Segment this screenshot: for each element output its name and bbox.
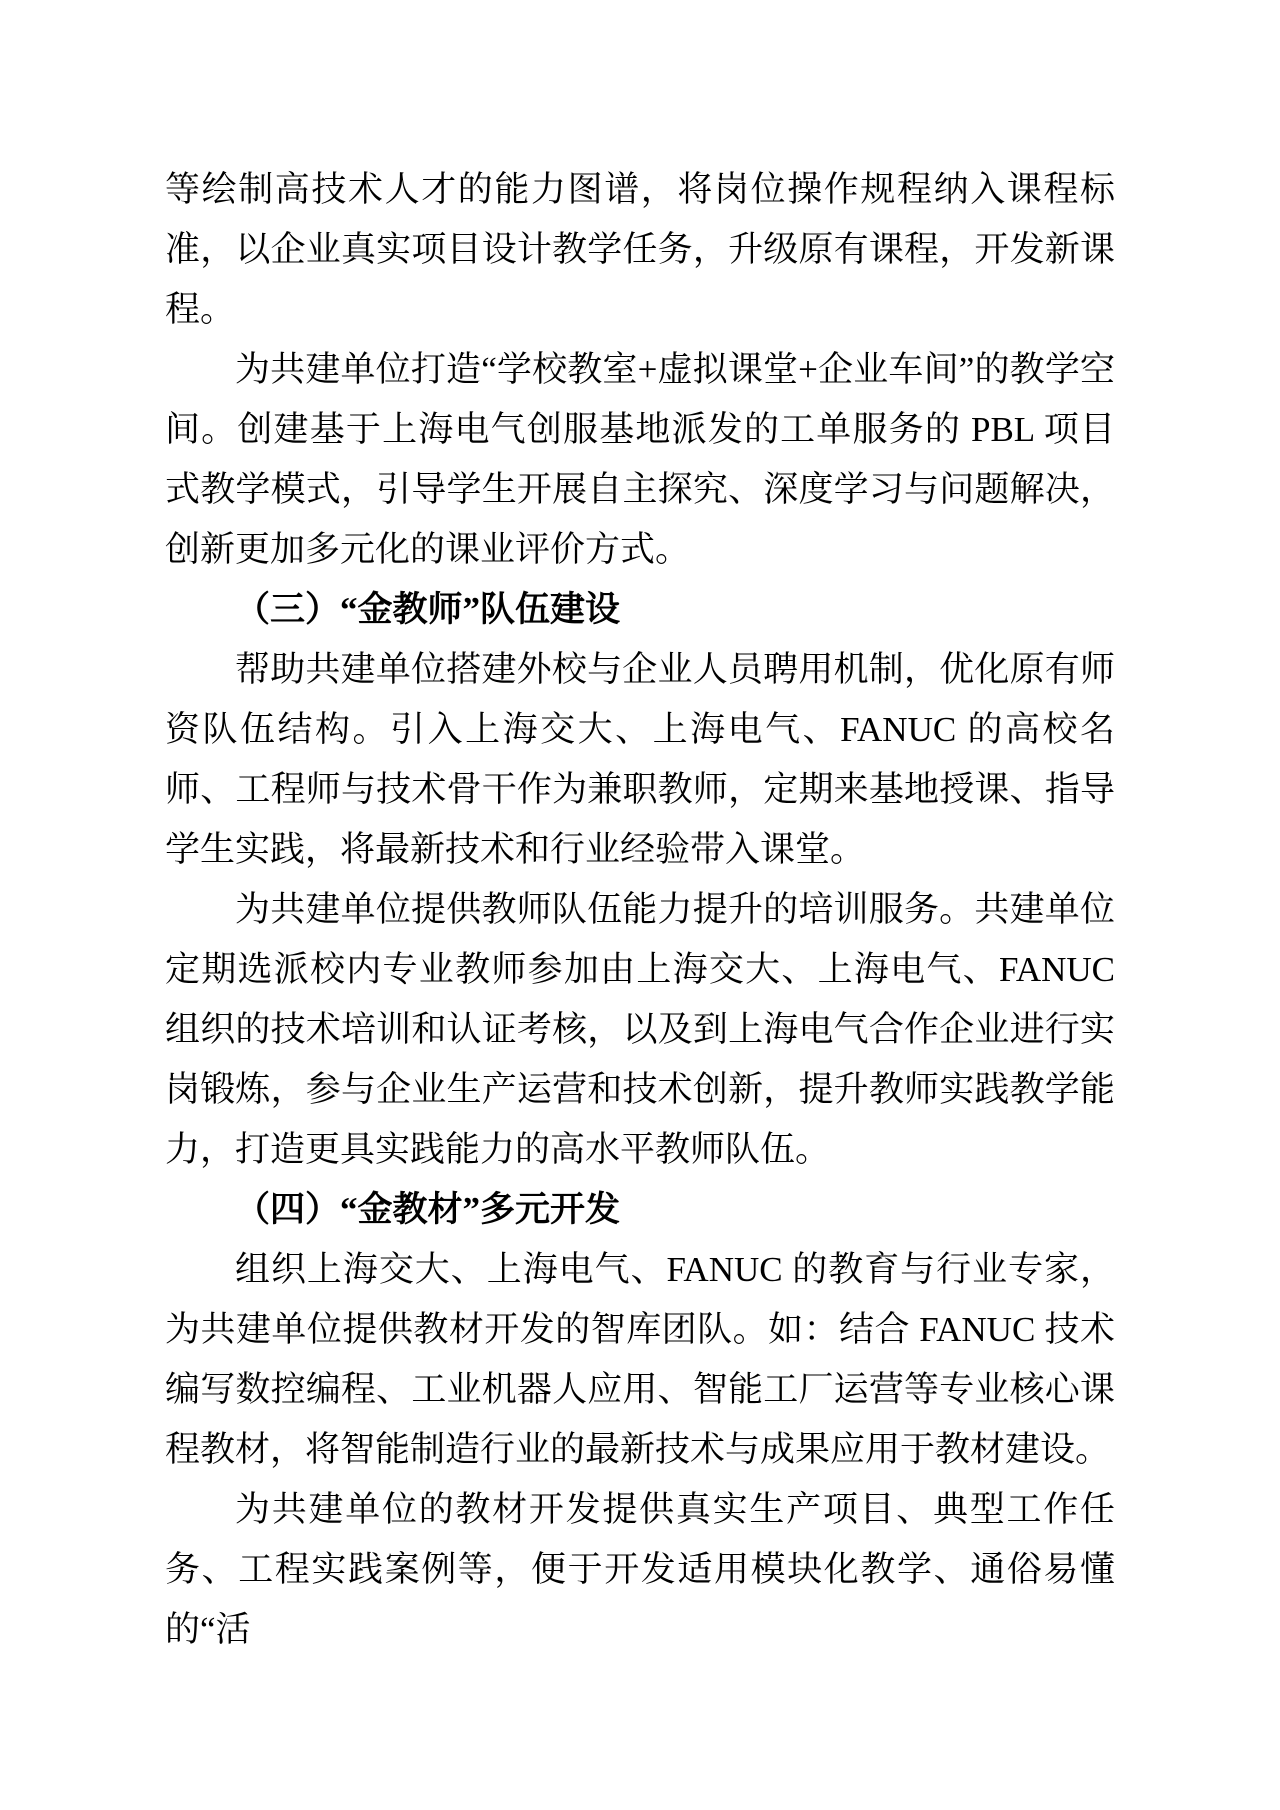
paragraph-continued-from-previous-page: 等绘制高技术人才的能力图谱，将岗位操作规程纳入课程标准，以企业真实项目设计教学任… <box>165 160 1115 340</box>
document-page: 等绘制高技术人才的能力图谱，将岗位操作规程纳入课程标准，以企业真实项目设计教学任… <box>0 0 1280 1810</box>
paragraph-textbook-think-tank: 组织上海交大、上海电气、FANUC 的教育与行业专家，为共建单位提供教材开发的智… <box>165 1240 1115 1480</box>
document-body: 等绘制高技术人才的能力图谱，将岗位操作规程纳入课程标准，以企业真实项目设计教学任… <box>165 160 1115 1660</box>
section-heading-golden-teacher-team: （三）“金教师”队伍建设 <box>165 580 1115 640</box>
paragraph-teacher-training: 为共建单位提供教师队伍能力提升的培训服务。共建单位定期选派校内专业教师参加由上海… <box>165 880 1115 1180</box>
paragraph-textbook-real-projects: 为共建单位的教材开发提供真实生产项目、典型工作任务、工程实践案例等，便于开发适用… <box>165 1480 1115 1660</box>
paragraph-teaching-space: 为共建单位打造“学校教室+虚拟课堂+企业车间”的教学空间。创建基于上海电气创服基… <box>165 340 1115 580</box>
section-heading-golden-textbook-development: （四）“金教材”多元开发 <box>165 1180 1115 1240</box>
paragraph-teacher-recruitment: 帮助共建单位搭建外校与企业人员聘用机制，优化原有师资队伍结构。引入上海交大、上海… <box>165 640 1115 880</box>
